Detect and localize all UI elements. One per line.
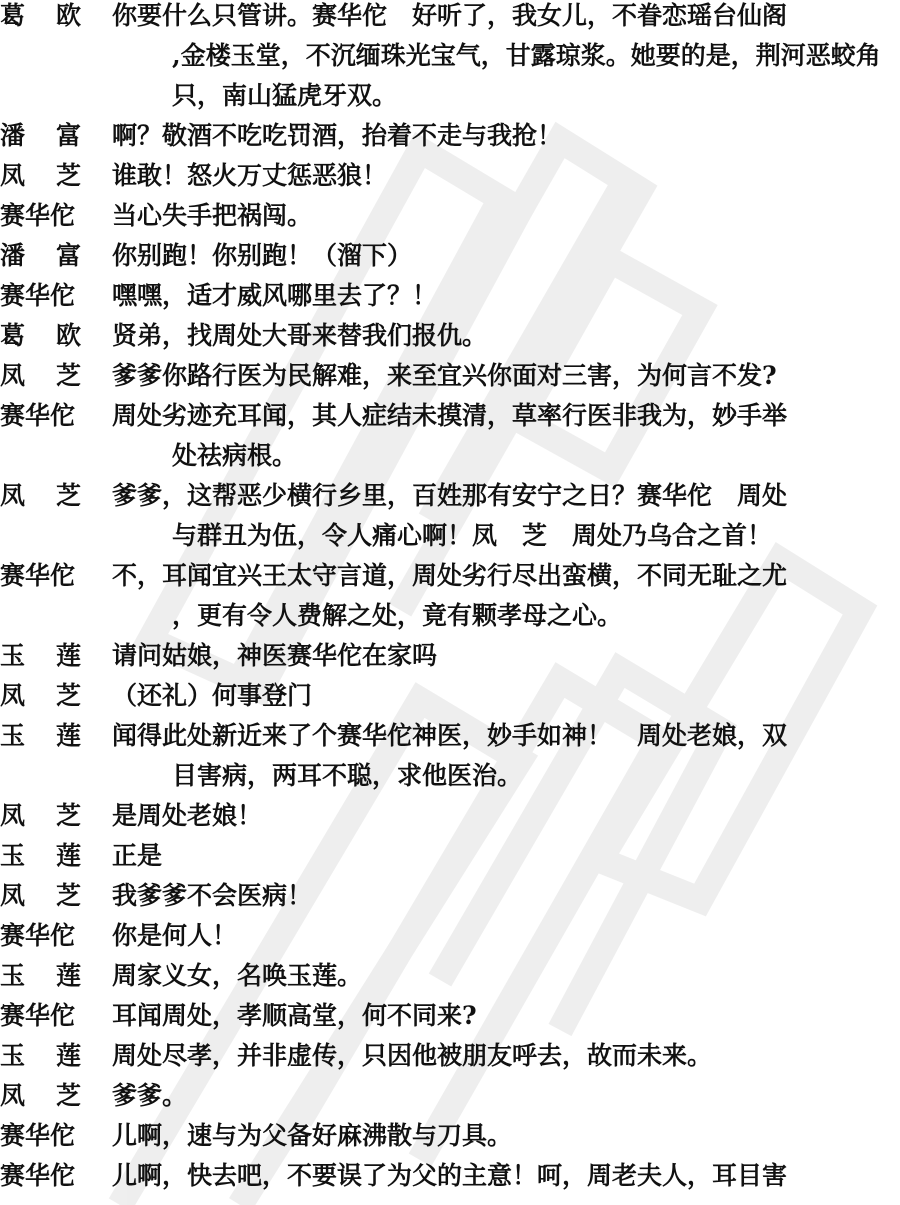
dialogue-line: 玉莲请问姑娘，神医赛华佗在家吗 bbox=[0, 636, 900, 676]
speaker-name: 凤芝 bbox=[0, 796, 112, 836]
dialogue-line: 玉莲周家义女，名唤玉莲。 bbox=[0, 956, 900, 996]
dialogue-line: 赛华佗你是何人！ bbox=[0, 916, 900, 956]
speaker-name: 玉莲 bbox=[0, 1036, 112, 1076]
dialogue-text: 当心失手把祸闯。 bbox=[112, 201, 312, 230]
dialogue-line: 玉莲周处尽孝，并非虚传，只因他被朋友呼去，故而未来。 bbox=[0, 1036, 900, 1076]
dialogue-text: 儿啊，速与为父备好麻沸散与刀具。 bbox=[112, 1121, 512, 1150]
dialogue-text: 爹爹你路行医为民解难，来至宜兴你面对三害，为何言不发? bbox=[112, 361, 777, 390]
dialogue-line: 玉莲正是 bbox=[0, 836, 900, 876]
dialogue-text: 闻得此处新近来了个赛华佗神医，妙手如神！ 周处老娘，双 bbox=[112, 721, 787, 750]
dialogue-text: 不，耳闻宜兴王太守言道，周处劣行尽出蛮横，不同无耻之尤 bbox=[112, 561, 787, 590]
speaker-name: 凤芝 bbox=[0, 476, 112, 516]
dialogue-line: 赛华佗儿啊，速与为父备好麻沸散与刀具。 bbox=[0, 1116, 900, 1156]
dialogue-text: 我爹爹不会医病！ bbox=[112, 881, 312, 910]
speaker-name: 赛华佗 bbox=[0, 276, 112, 316]
dialogue-text: （还礼）何事登门 bbox=[112, 681, 312, 710]
speaker-name: 凤芝 bbox=[0, 156, 112, 196]
dialogue-line: 赛华佗不，耳闻宜兴王太守言道，周处劣行尽出蛮横，不同无耻之尤 ，更有令人费解之处… bbox=[0, 556, 900, 636]
dialogue-text: 你别跑！你别跑！（溜下） bbox=[112, 241, 412, 270]
dialogue-text: 周家义女，名唤玉莲。 bbox=[112, 961, 362, 990]
dialogue-line: 凤芝（还礼）何事登门 bbox=[0, 676, 900, 716]
dialogue-line: 赛华佗嘿嘿，适才威风哪里去了？！ bbox=[0, 276, 900, 316]
speaker-name: 凤芝 bbox=[0, 876, 112, 916]
dialogue-text: 爹爹，这帮恶少横行乡里，百姓那有安宁之日？赛华佗 周处 bbox=[112, 481, 787, 510]
dialogue-text: 周处尽孝，并非虚传，只因他被朋友呼去，故而未来。 bbox=[112, 1041, 712, 1070]
dialogue-line: 赛华佗周处劣迹充耳闻，其人症结未摸清，草率行医非我为，妙手举 处祛病根。 bbox=[0, 396, 900, 476]
speaker-name: 赛华佗 bbox=[0, 1116, 112, 1156]
dialogue-text: 你要什么只管讲。赛华佗 好听了，我女儿，不眷恋瑶台仙阁 bbox=[112, 1, 787, 30]
dialogue-text: 正是 bbox=[112, 841, 162, 870]
dialogue-continuation: 目害病，两耳不聪，求他医治。 bbox=[112, 756, 900, 796]
dialogue-continuation: 与群丑为伍，令人痛心啊！凤 芝 周处乃乌合之首！ bbox=[112, 516, 900, 556]
dialogue-continuation: 处祛病根。 bbox=[112, 436, 900, 476]
dialogue-line: 玉莲闻得此处新近来了个赛华佗神医，妙手如神！ 周处老娘，双 目害病，两耳不聪，求… bbox=[0, 716, 900, 796]
speaker-name: 凤芝 bbox=[0, 676, 112, 716]
dialogue-continuation: ,金楼玉堂，不沉缅珠光宝气，甘露琼浆。她要的是，荆河恶蛟角 bbox=[112, 36, 900, 76]
dialogue-text: 嘿嘿，适才威风哪里去了？！ bbox=[112, 281, 437, 310]
dialogue-text: 爹爹。 bbox=[112, 1081, 187, 1110]
dialogue-line: 凤芝爹爹，这帮恶少横行乡里，百姓那有安宁之日？赛华佗 周处 与群丑为伍，令人痛心… bbox=[0, 476, 900, 556]
speaker-name: 赛华佗 bbox=[0, 556, 112, 596]
speaker-name: 潘富 bbox=[0, 116, 112, 156]
dialogue-line: 凤芝是周处老娘！ bbox=[0, 796, 900, 836]
dialogue-text: 你是何人！ bbox=[112, 921, 237, 950]
dialogue-text: 谁敢！怒火万丈惩恶狼！ bbox=[112, 161, 387, 190]
speaker-name: 葛欧 bbox=[0, 0, 112, 36]
dialogue-text: 耳闻周处，孝顺高堂，何不同来? bbox=[112, 1001, 477, 1030]
dialogue-line: 凤芝爹爹你路行医为民解难，来至宜兴你面对三害，为何言不发? bbox=[0, 356, 900, 396]
dialogue-line: 赛华佗当心失手把祸闯。 bbox=[0, 196, 900, 236]
dialogue-continuation: 只，南山猛虎牙双。 bbox=[112, 76, 900, 116]
dialogue-line: 赛华佗耳闻周处，孝顺高堂，何不同来? bbox=[0, 996, 900, 1036]
dialogue-text: 啊？敬酒不吃吃罚酒，抬着不走与我抢！ bbox=[112, 121, 562, 150]
speaker-name: 赛华佗 bbox=[0, 1156, 112, 1196]
speaker-name: 玉莲 bbox=[0, 716, 112, 756]
dialogue-text: 周处劣迹充耳闻，其人症结未摸清，草率行医非我为，妙手举 bbox=[112, 401, 787, 430]
speaker-name: 赛华佗 bbox=[0, 196, 112, 236]
dialogue-text: 请问姑娘，神医赛华佗在家吗 bbox=[112, 641, 437, 670]
speaker-name: 潘富 bbox=[0, 236, 112, 276]
speaker-name: 玉莲 bbox=[0, 836, 112, 876]
dialogue-text: 儿啊，快去吧，不要误了为父的主意！呵，周老夫人，耳目害 bbox=[112, 1161, 787, 1190]
dialogue-line: 葛欧贤弟，找周处大哥来替我们报仇。 bbox=[0, 316, 900, 356]
speaker-name: 凤芝 bbox=[0, 1076, 112, 1116]
dialogue-line: 赛华佗儿啊，快去吧，不要误了为父的主意！呵，周老夫人，耳目害 bbox=[0, 1156, 900, 1196]
dialogue-line: 凤芝谁敢！怒火万丈惩恶狼！ bbox=[0, 156, 900, 196]
speaker-name: 玉莲 bbox=[0, 956, 112, 996]
dialogue-text: 是周处老娘！ bbox=[112, 801, 262, 830]
speaker-name: 葛欧 bbox=[0, 316, 112, 356]
script-document: 葛欧你要什么只管讲。赛华佗 好听了，我女儿，不眷恋瑶台仙阁 ,金楼玉堂，不沉缅珠… bbox=[0, 0, 900, 1196]
dialogue-line: 潘富你别跑！你别跑！（溜下） bbox=[0, 236, 900, 276]
dialogue-line: 葛欧你要什么只管讲。赛华佗 好听了，我女儿，不眷恋瑶台仙阁 ,金楼玉堂，不沉缅珠… bbox=[0, 0, 900, 116]
dialogue-continuation: ，更有令人费解之处，竟有颗孝母之心。 bbox=[112, 596, 900, 636]
speaker-name: 玉莲 bbox=[0, 636, 112, 676]
speaker-name: 赛华佗 bbox=[0, 396, 112, 436]
dialogue-line: 潘富啊？敬酒不吃吃罚酒，抬着不走与我抢！ bbox=[0, 116, 900, 156]
dialogue-text: 贤弟，找周处大哥来替我们报仇。 bbox=[112, 321, 487, 350]
speaker-name: 凤芝 bbox=[0, 356, 112, 396]
dialogue-line: 凤芝爹爹。 bbox=[0, 1076, 900, 1116]
speaker-name: 赛华佗 bbox=[0, 996, 112, 1036]
speaker-name: 赛华佗 bbox=[0, 916, 112, 956]
dialogue-line: 凤芝我爹爹不会医病！ bbox=[0, 876, 900, 916]
